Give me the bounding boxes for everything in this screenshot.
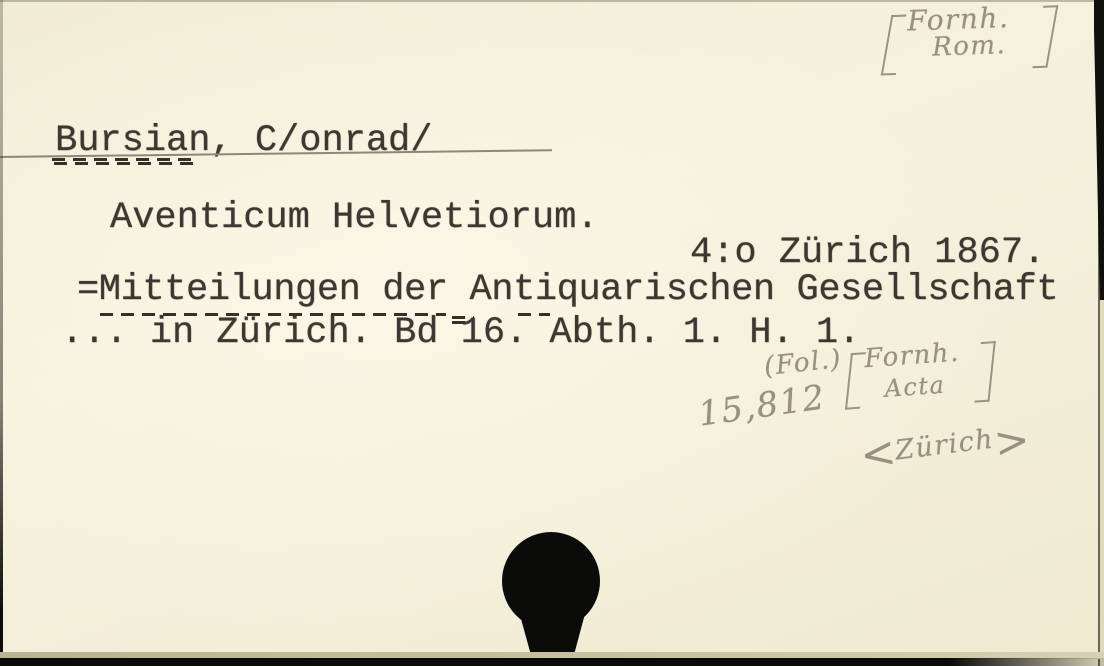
collection-line1: Fornh.	[863, 338, 960, 375]
corner-note: Fornh. Rom.	[879, 0, 1082, 87]
series-line2: ... in Zürich. Bd 16. Abth. 1. H. 1.	[61, 313, 860, 353]
card-left-edge	[0, 0, 3, 666]
location-open-angle: <	[858, 427, 899, 480]
series-equals-mark-top	[452, 316, 474, 319]
title-line: Aventicum Helvetiorum.	[110, 198, 598, 238]
card-right-edge-line	[1098, 0, 1101, 666]
location-note: <Zürich>	[814, 380, 1036, 520]
card-right-margin	[1100, 0, 1104, 666]
series-underline-b	[518, 313, 550, 316]
location-text: Zürich	[893, 424, 995, 467]
card-right-edge-shadow	[1094, 0, 1104, 300]
catalog-card: Fornh. Rom. Bursian, C/onrad/ Aventicum …	[0, 0, 1104, 666]
corner-note-right-bracket	[1032, 5, 1058, 68]
heading-underline-dash-top	[52, 158, 196, 161]
series-underline-a	[100, 313, 446, 316]
corner-note-left-bracket	[881, 15, 907, 76]
heading-underline-dash-bottom	[54, 162, 194, 165]
shelf-number: 15,812	[696, 377, 828, 434]
location-close-angle: >	[991, 414, 1032, 467]
series-equals-mark-bottom	[452, 321, 474, 324]
corner-note-line2: Rom.	[932, 30, 1007, 63]
imprint-line: 4:o Zürich 1867.	[690, 233, 1045, 273]
series-line1: =Mitteilungen der Antiquarischen Gesells…	[77, 270, 1058, 310]
keyhole-punch-hole	[498, 530, 610, 666]
